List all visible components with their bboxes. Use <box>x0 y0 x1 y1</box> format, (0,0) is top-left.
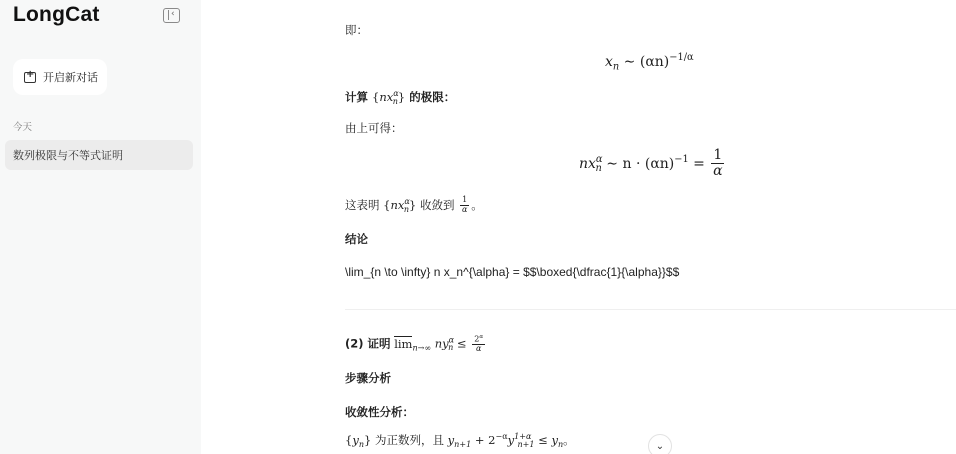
chat-content: 即： xn ∼ (αn)−1/α 计算 {nxαn} 的极限： 由上可得： nx… <box>345 0 956 454</box>
equation-nxn-limit: nxαn ∼ n · (αn)−1 = 1α <box>579 148 726 180</box>
collapse-sidebar-button[interactable]: ‹ <box>163 8 180 23</box>
conversation-item[interactable]: 数列极限与不等式证明 <box>5 140 193 170</box>
compute-limit-heading: 计算 {nxαn} 的极限： <box>345 89 455 106</box>
text-ji: 即： <box>345 22 368 38</box>
sidebar: LongCat ‹ 开启新对话 今天 数列极限与不等式证明 <box>0 0 201 454</box>
new-chat-label: 开启新对话 <box>43 69 98 85</box>
part2-heading: (2) 证明 limn→∞ nyαn ≤ 2αα <box>345 334 487 354</box>
conclusion-heading: 结论 <box>345 231 368 247</box>
text-converges-to: 这表明 {nxαn} 收敛到 1α。 <box>345 196 483 215</box>
chevron-down-icon: ⌄ <box>656 441 664 452</box>
convergence-heading: 收敛性分析： <box>345 404 414 420</box>
chevron-left-icon: ‹ <box>171 7 175 21</box>
raw-latex-result: \lim_{n \to \infty} n x_n^{\alpha} = $$\… <box>345 265 679 279</box>
scroll-to-bottom-button[interactable]: ⌄ <box>648 434 672 454</box>
section-divider <box>345 309 956 310</box>
text-from-above: 由上可得： <box>345 120 403 136</box>
new-chat-button[interactable]: 开启新对话 <box>13 59 107 95</box>
sidebar-collapse-icon <box>168 10 169 20</box>
equation-xn-asymptotic: xn ∼ (αn)−1/α <box>605 52 694 72</box>
steps-heading: 步骤分析 <box>345 370 391 386</box>
app-logo: LongCat <box>13 3 100 27</box>
section-label-today: 今天 <box>13 119 32 133</box>
new-chat-icon <box>24 72 36 83</box>
recurrence-statement: {yn} 为正数列，且 yn+1 + 2−αy1+αn+1 ≤ yn。 <box>345 432 575 449</box>
